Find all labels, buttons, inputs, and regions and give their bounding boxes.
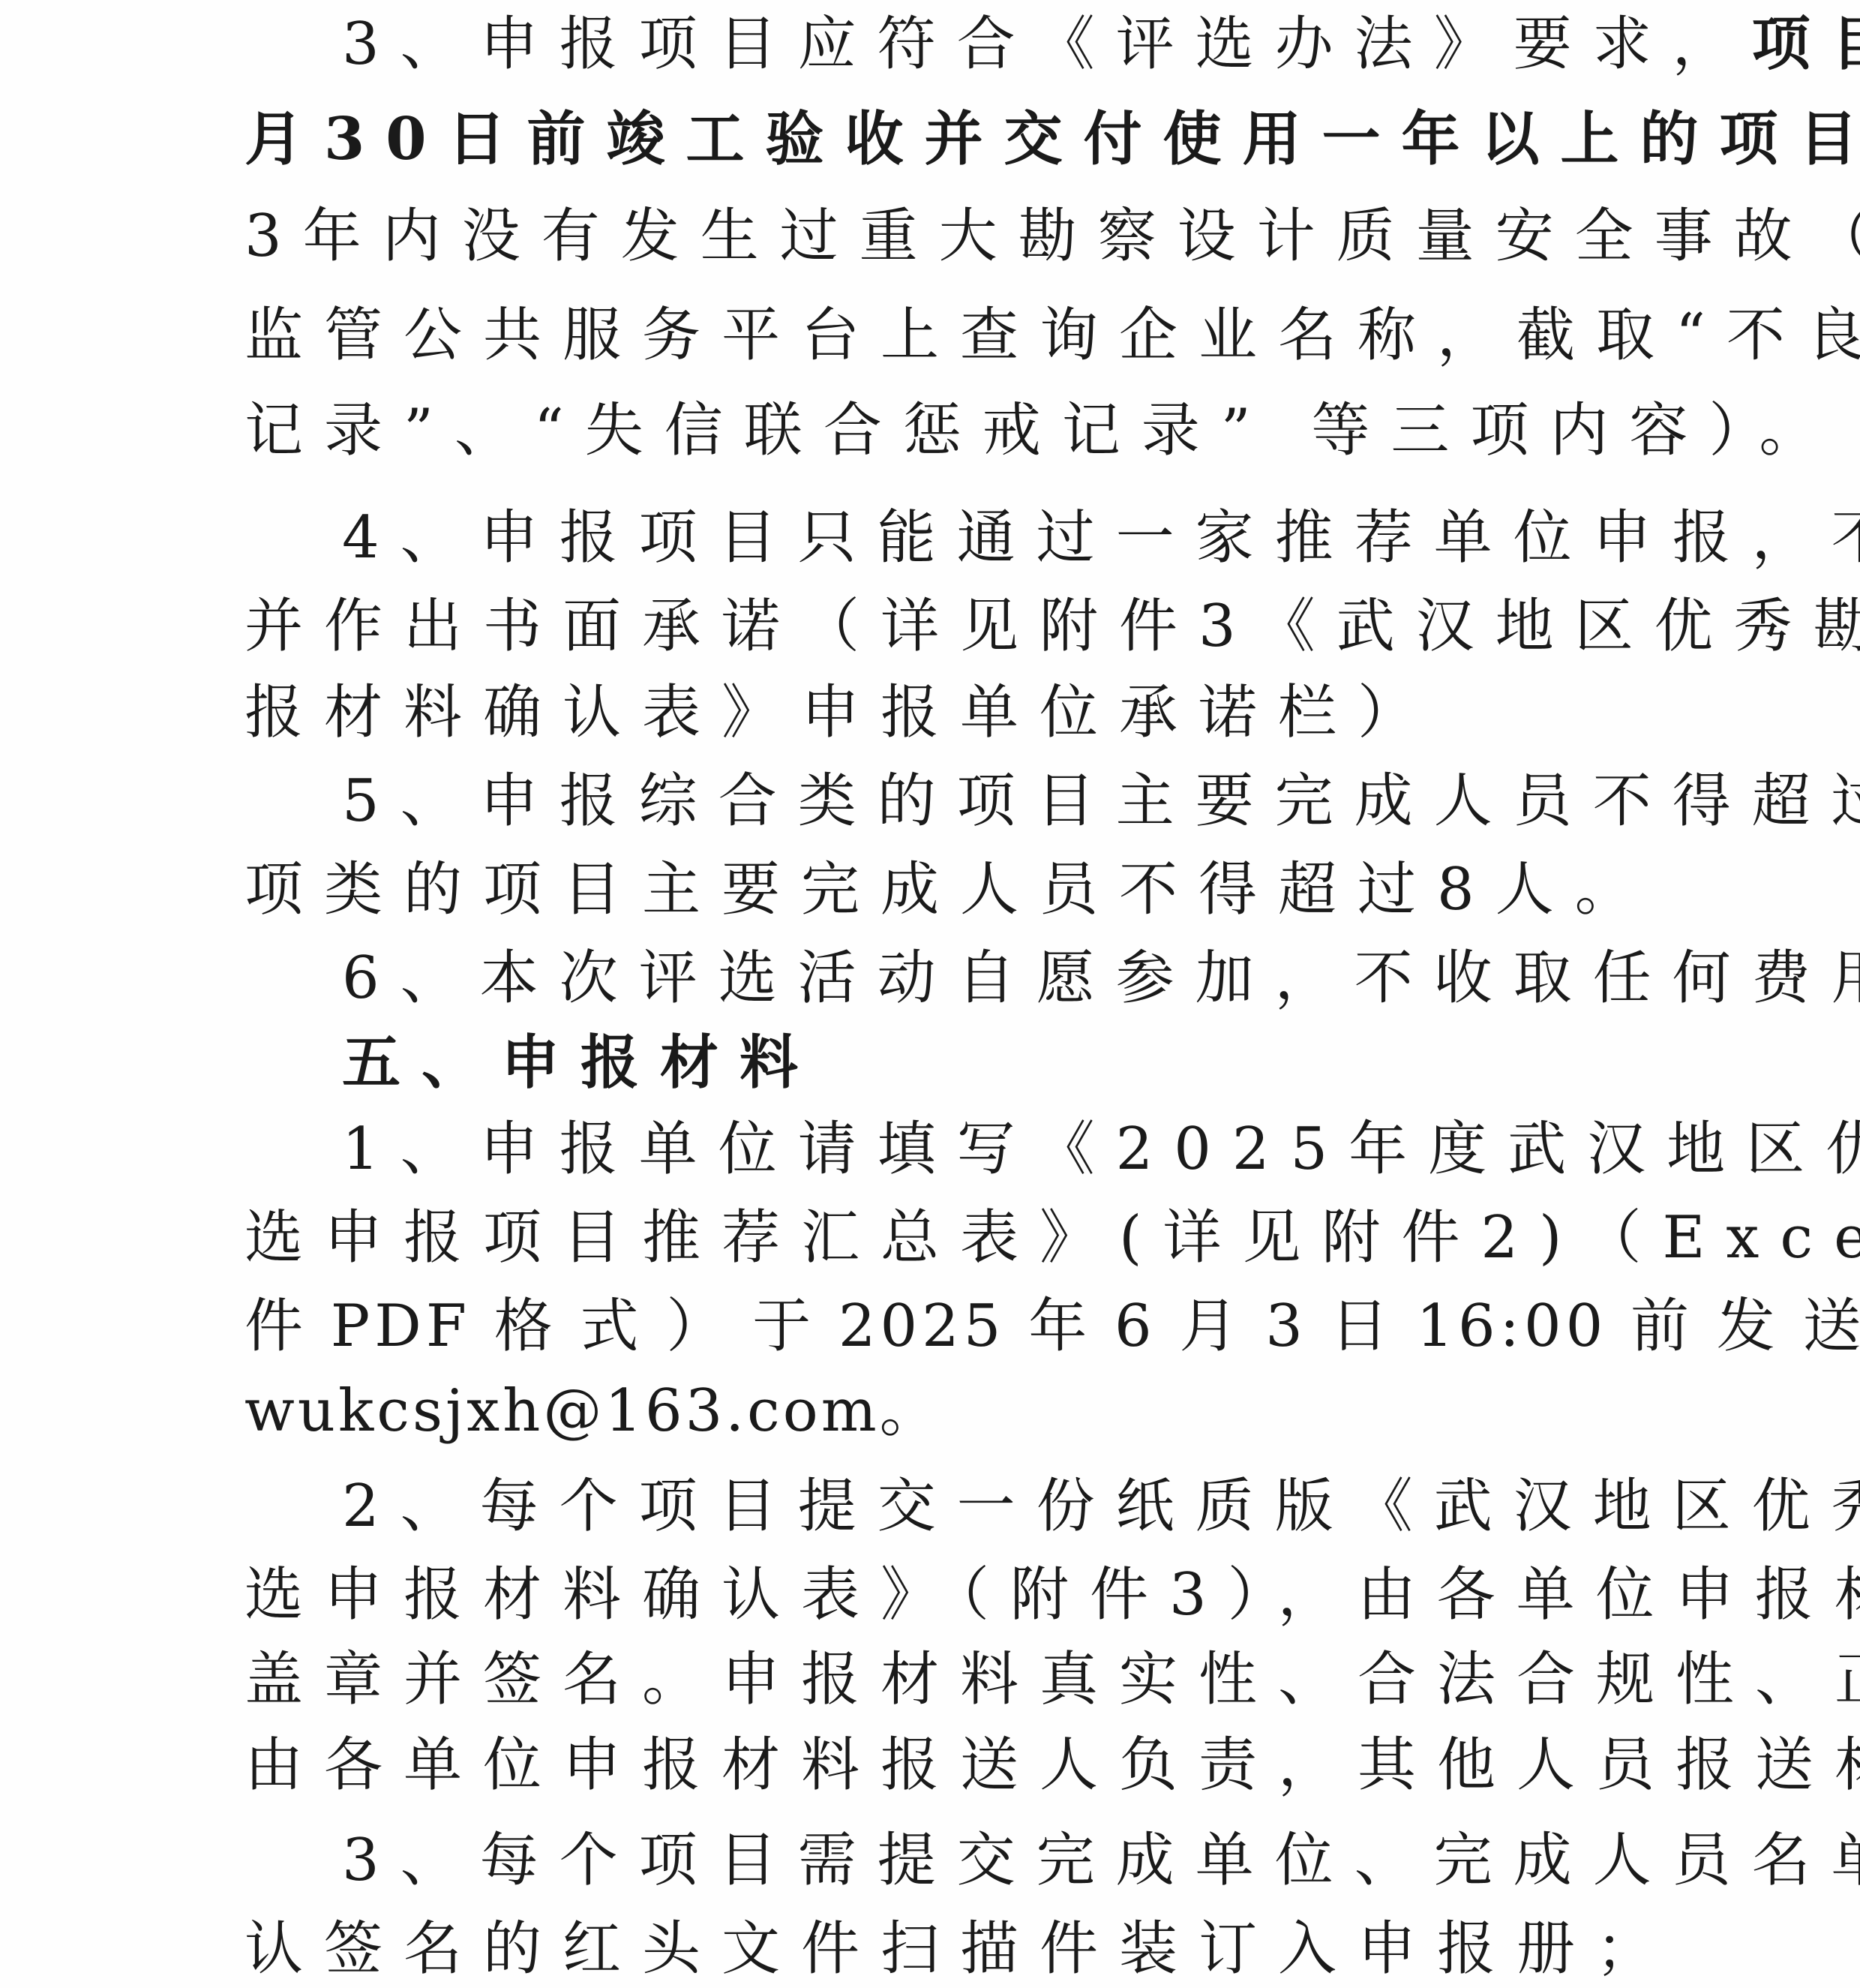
materials-1-line-3: 件 PDF 格 式 ） 于 2025 年 6 月 3 日 16:00 前 发 送… <box>244 1289 1624 1364</box>
item-3-line-3: 3年内没有发生过重大勘察设计质量安全事故（在全国建筑市场 <box>244 199 1624 274</box>
materials-1-line-2: 选申报项目推荐汇总表》(详见附件2)（Excel格式及盖章扫描 <box>244 1200 1624 1275</box>
materials-2-line-2: 选申报材料确认表》（附件3），由各单位申报材料报送人填写、 <box>244 1557 1624 1632</box>
materials-2-line-4: 由各单位申报材料报送人负责，其他人员报送材料均不受理。 <box>244 1728 1624 1803</box>
materials-2-line-1: 2、每个项目提交一份纸质版《武汉地区优秀勘察设计奖评 <box>342 1469 1624 1544</box>
item-3-line-2: 月30日前竣工验收并交付使用一年以上的项目，且申报单位近 <box>244 102 1624 177</box>
item-3-line-4: 监管公共服务平台上查询企业名称，截取“不良行为”、“黑名单 <box>244 298 1624 373</box>
item-4-line-3: 报材料确认表》申报单位承诺栏） <box>244 675 1624 750</box>
materials-3-line-2: 认签名的红头文件扫描件装订入申报册； <box>244 1911 1624 1986</box>
document-page: 3、申报项目应符合《评选办法》要求，项目应于2024年4 月30日前竣工验收并交… <box>0 0 1860 1988</box>
bold-requirement: 月30日前竣工验收并交付使用一年以上的项目 <box>244 105 1860 173</box>
item-3-line-1: 3、申报项目应符合《评选办法》要求，项目应于2024年4 <box>342 7 1624 82</box>
item-3-line-5: 记录”、“失信联合惩戒记录” 等三项内容）。 <box>244 393 1624 468</box>
text-run: 3、申报项目应符合《评选办法》要求， <box>342 11 1752 78</box>
materials-3-line-1: 3、每个项目需提交完成单位、完成人员名单公示结果并确 <box>342 1823 1624 1898</box>
item-5-line-1: 5、申报综合类的项目主要完成人员不得超过20人，申报专 <box>342 764 1624 839</box>
materials-2-line-3: 盖章并签名。申报材料真实性、合法合规性、正确性、完整性等 <box>244 1642 1624 1717</box>
item-4-line-1: 4、申报项目只能通过一家推荐单位申报，不得重复申报， <box>342 500 1624 575</box>
materials-1-line-1: 1、申报单位请填写《2025年度武汉地区优秀勘察设计奖评 <box>342 1112 1624 1187</box>
bold-requirement: 项目应于2024年4 <box>1752 10 1860 78</box>
item-4-line-2: 并作出书面承诺（详见附件3《武汉地区优秀勘察设计奖评选申 <box>244 589 1624 664</box>
email-address: wukcsjxh@163.com。 <box>244 1374 1624 1449</box>
section-heading: 五、申报材料 <box>342 1026 1624 1101</box>
item-5-line-2: 项类的项目主要完成人员不得超过8人。 <box>244 852 1624 927</box>
item-6-line-1: 6、本次评选活动自愿参加，不收取任何费用。 <box>342 941 1624 1016</box>
